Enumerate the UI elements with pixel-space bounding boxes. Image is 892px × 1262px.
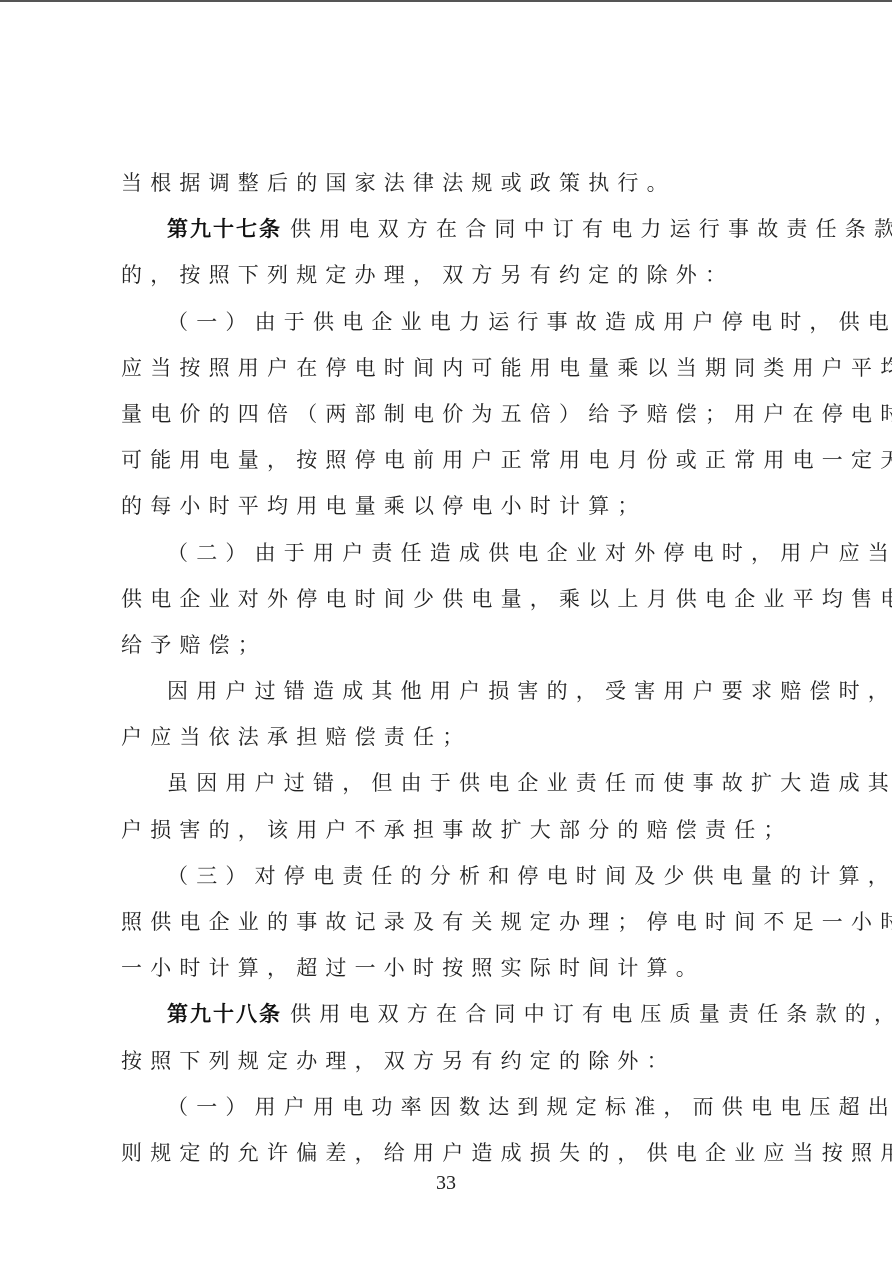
- text-line: 虽因用户过错，但由于供电企业责任而使事故扩大造成其他用: [121, 760, 773, 806]
- line-text: （二）由于用户责任造成供电企业对外停电时，用户应当按照: [167, 541, 892, 565]
- page-top-edge: [0, 0, 892, 2]
- line-text: 一小时计算，超过一小时按照实际时间计算。: [121, 956, 705, 980]
- line-text: （一）由于供电企业电力运行事故造成用户停电时，供电企业: [167, 310, 892, 334]
- text-line: 一小时计算，超过一小时按照实际时间计算。: [121, 945, 773, 991]
- line-text: 可能用电量，按照停电前用户正常用电月份或正常用电一定天数内: [121, 448, 892, 472]
- text-line: 第九十八条供用电双方在合同中订有电压质量责任条款的，: [121, 991, 773, 1037]
- line-text: 户应当依法承担赔偿责任；: [121, 725, 471, 749]
- text-line: 当根据调整后的国家法律法规或政策执行。: [121, 160, 773, 206]
- text-line: 可能用电量，按照停电前用户正常用电月份或正常用电一定天数内: [121, 437, 773, 483]
- line-text: 的，按照下列规定办理，双方另有约定的除外：: [121, 263, 734, 287]
- line-text: 按照下列规定办理，双方另有约定的除外：: [121, 1049, 676, 1073]
- text-line: 按照下列规定办理，双方另有约定的除外：: [121, 1038, 773, 1084]
- article-number: 第九十七条: [167, 217, 282, 241]
- text-line: 量电价的四倍（两部制电价为五倍）给予赔偿；用户在停电时间内: [121, 391, 773, 437]
- line-text: 供电企业对外停电时间少供电量，乘以上月供电企业平均售电单价: [121, 587, 892, 611]
- document-body: 当根据调整后的国家法律法规或政策执行。 第九十七条供用电双方在合同中订有电力运行…: [121, 160, 773, 1176]
- line-text: （一）用户用电功率因数达到规定标准，而供电电压超出本规: [167, 1095, 892, 1119]
- text-line: （一）用户用电功率因数达到规定标准，而供电电压超出本规: [121, 1084, 773, 1130]
- text-line: 因用户过错造成其他用户损害的，受害用户要求赔偿时，该用: [121, 668, 773, 714]
- text-line: 户应当依法承担赔偿责任；: [121, 714, 773, 760]
- text-line: 的每小时平均用电量乘以停电小时计算；: [121, 483, 773, 529]
- text-line: 的，按照下列规定办理，双方另有约定的除外：: [121, 252, 773, 298]
- text-line: （一）由于供电企业电力运行事故造成用户停电时，供电企业: [121, 299, 773, 345]
- line-text: 虽因用户过错，但由于供电企业责任而使事故扩大造成其他用: [167, 771, 892, 795]
- line-text: 供用电双方在合同中订有电压质量责任条款的，: [290, 1002, 892, 1026]
- line-text: 量电价的四倍（两部制电价为五倍）给予赔偿；用户在停电时间内: [121, 402, 892, 426]
- line-text: 的每小时平均用电量乘以停电小时计算；: [121, 494, 647, 518]
- line-text: 因用户过错造成其他用户损害的，受害用户要求赔偿时，该用: [167, 679, 892, 703]
- article-number: 第九十八条: [167, 1002, 282, 1026]
- text-line: 则规定的允许偏差，给用户造成损失的，供电企业应当按照用户每: [121, 1130, 773, 1176]
- page-number: 33: [0, 1172, 892, 1195]
- text-line: 照供电企业的事故记录及有关规定办理；停电时间不足一小时按照: [121, 899, 773, 945]
- line-text: 照供电企业的事故记录及有关规定办理；停电时间不足一小时按照: [121, 910, 892, 934]
- line-text: 供用电双方在合同中订有电力运行事故责任条款: [290, 217, 892, 241]
- line-text: 当根据调整后的国家法律法规或政策执行。: [121, 171, 676, 195]
- text-line: 户损害的，该用户不承担事故扩大部分的赔偿责任；: [121, 807, 773, 853]
- text-line: 第九十七条供用电双方在合同中订有电力运行事故责任条款: [121, 206, 773, 252]
- line-text: 则规定的允许偏差，给用户造成损失的，供电企业应当按照用户每: [121, 1141, 892, 1165]
- text-line: （三）对停电责任的分析和停电时间及少供电量的计算，均按: [121, 853, 773, 899]
- text-line: 应当按照用户在停电时间内可能用电量乘以当期同类用户平均电: [121, 345, 773, 391]
- line-text: 给予赔偿；: [121, 633, 267, 657]
- line-text: 户损害的，该用户不承担事故扩大部分的赔偿责任；: [121, 818, 793, 842]
- line-text: （三）对停电责任的分析和停电时间及少供电量的计算，均按: [167, 864, 892, 888]
- line-text: 应当按照用户在停电时间内可能用电量乘以当期同类用户平均电: [121, 356, 892, 380]
- text-line: 供电企业对外停电时间少供电量，乘以上月供电企业平均售电单价: [121, 576, 773, 622]
- text-line: 给予赔偿；: [121, 622, 773, 668]
- text-line: （二）由于用户责任造成供电企业对外停电时，用户应当按照: [121, 530, 773, 576]
